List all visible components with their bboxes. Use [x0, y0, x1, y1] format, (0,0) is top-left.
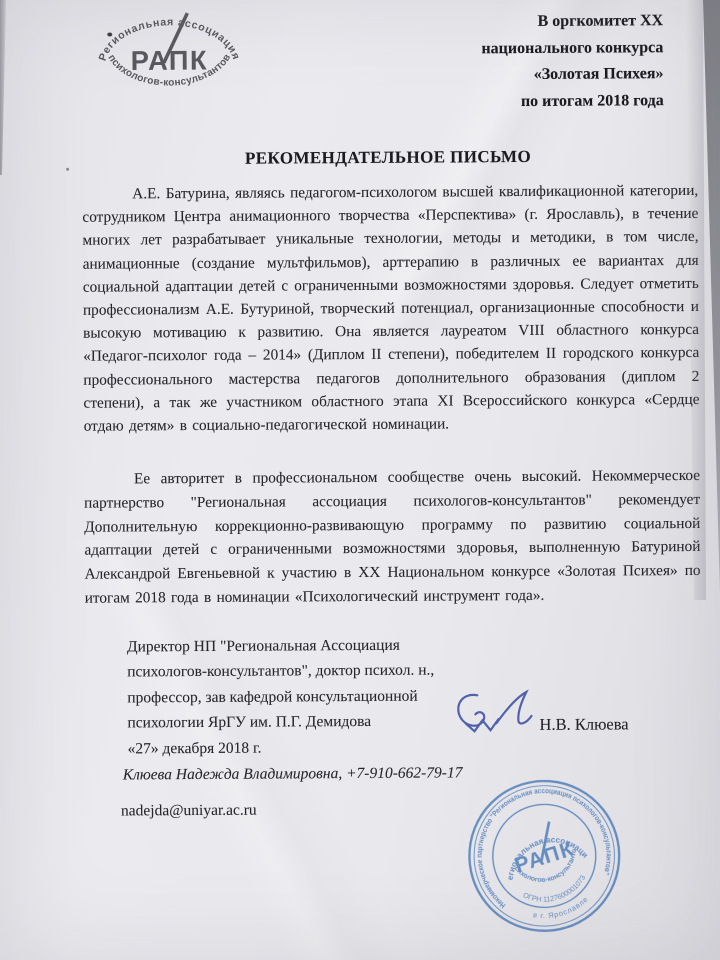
- ink-speck: [107, 33, 112, 37]
- addressee-line: национального конкурса: [481, 35, 663, 63]
- addressee-block: В оргкомитет XX национального конкурса «…: [481, 8, 664, 115]
- signature-line: профессор, зав кафедрой консультационной: [127, 683, 497, 711]
- email-text: nadejda@uniyar.ac.ru: [121, 802, 257, 821]
- addressee-line: «Золотая Психея»: [481, 61, 663, 89]
- signature-loop-stroke: [458, 695, 498, 732]
- addressee-line: по итогам 2018 года: [482, 88, 664, 116]
- ink-speck: [66, 168, 69, 171]
- signature-line: психологии ЯрГУ им. П.Г. Демидова: [127, 708, 497, 736]
- letter-title: РЕКОМЕНДАТЕЛЬНОЕ ПИСЬМО: [78, 146, 698, 170]
- signature-date-line: «27» декабря 2018 г.: [128, 734, 498, 762]
- body-paragraph-2: Ее авторитет в профессиональном сообщест…: [84, 464, 701, 611]
- rapk-round-stamp: Некоммерческое партнерство "Региональная…: [447, 758, 642, 953]
- addressee-line: В оргкомитет XX: [481, 8, 663, 36]
- signature-line: Директор НП "Региональная Ассоциация: [127, 632, 497, 660]
- signature-flick-stroke: [496, 692, 531, 724]
- signer-name: Н.В. Клюева: [539, 714, 628, 735]
- handwritten-signature: [447, 687, 539, 738]
- letter-content: Региональная ассоциация РАПК психологов-…: [0, 0, 720, 960]
- signature-block: Директор НП "Региональная Ассоциация пси…: [127, 632, 498, 761]
- letter-paper: Региональная ассоциация РАПК психологов-…: [0, 0, 720, 960]
- signature-line: психологов-консультантов", доктор психол…: [127, 658, 497, 686]
- contact-line: Клюева Надежда Владимировна, +7-910-662-…: [123, 764, 463, 784]
- rapk-logo: Региональная ассоциация РАПК психологов-…: [93, 7, 246, 104]
- body-paragraph-1: А.Е. Батурина, являясь педагогом-психоло…: [82, 179, 700, 438]
